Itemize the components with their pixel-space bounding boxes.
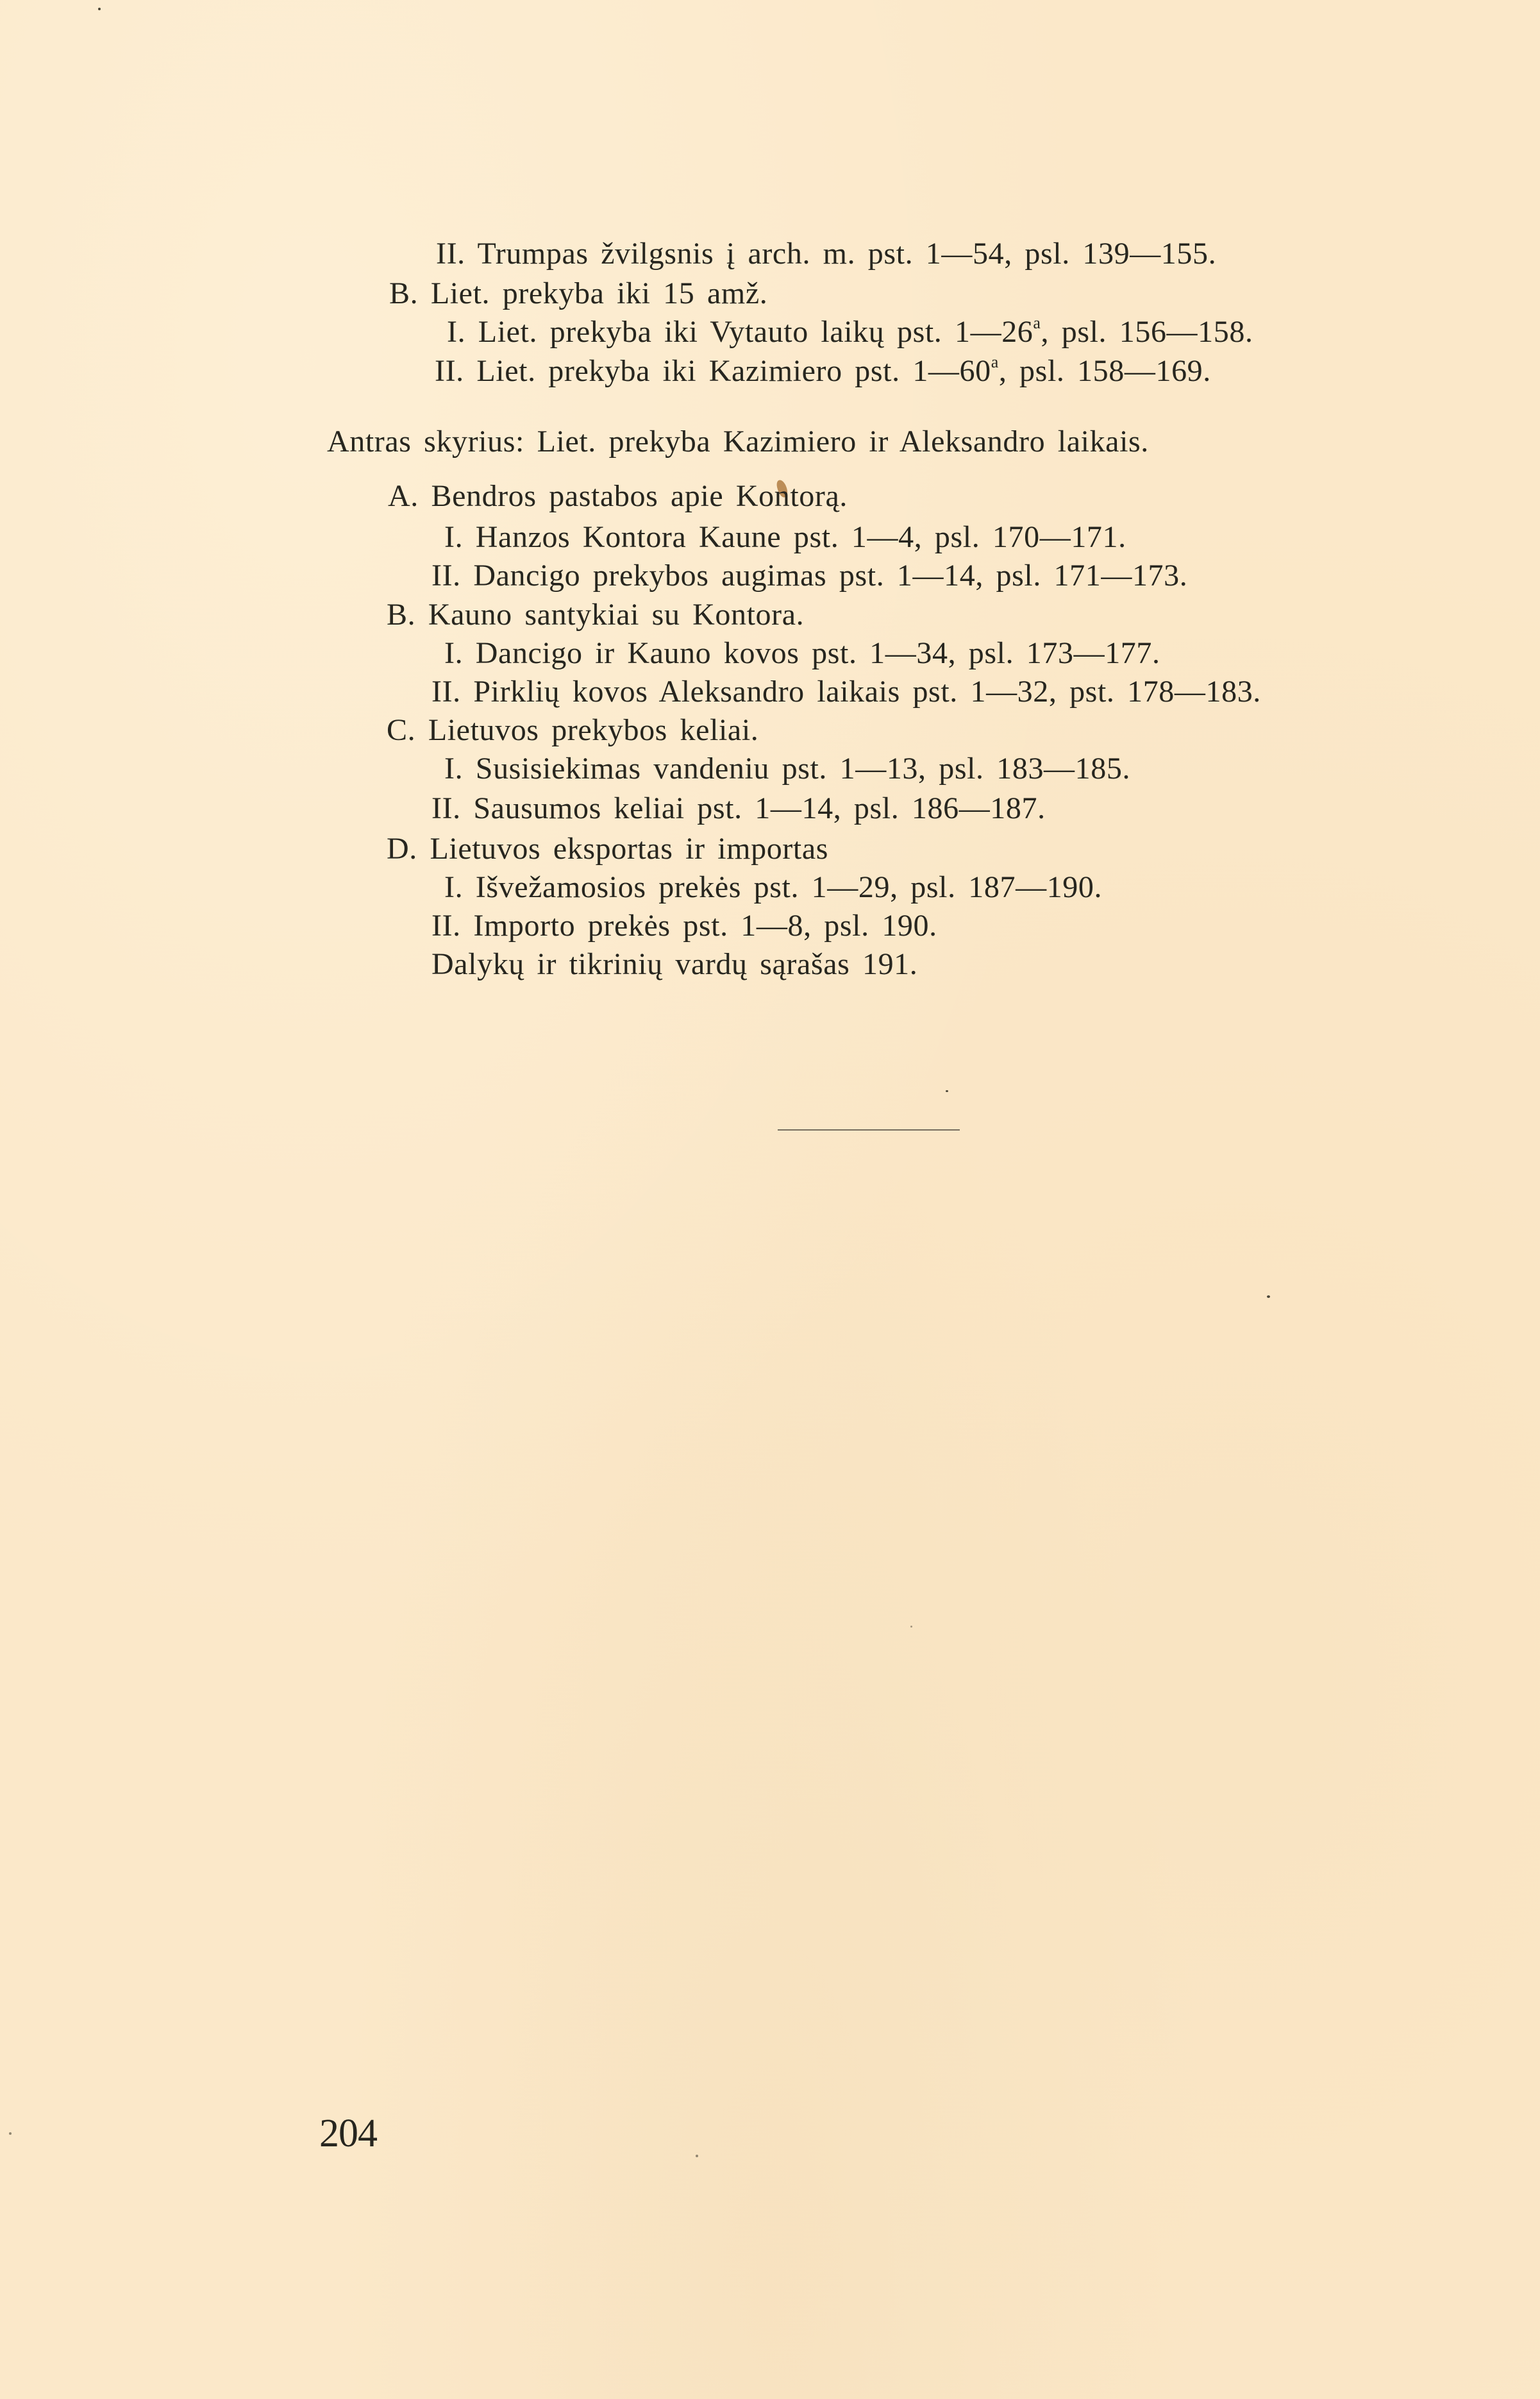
paper-speck (910, 1626, 912, 1628)
toc-entry-subsection: II. Pirklių kovos Aleksandro laikais pst… (431, 677, 1261, 707)
page-number: 204 (319, 2114, 377, 2153)
paper-speck (9, 2132, 12, 2135)
toc-entry-text: , psl. 158—169. (999, 354, 1211, 388)
toc-entry-subsection: II. Importo prekės pst. 1—8, psl. 190. (431, 911, 937, 941)
toc-entry-text: I. Liet. prekyba iki Vytauto laikų pst. … (447, 315, 1033, 349)
toc-entry-subsection: II. Dancigo prekybos augimas pst. 1—14, … (431, 560, 1187, 591)
toc-entry-subsection: II. Liet. prekyba iki Kazimiero pst. 1—6… (435, 356, 1211, 387)
paper-speck (98, 8, 101, 10)
superscript: a (991, 353, 999, 371)
toc-entry-section: B. Kauno santykiai su Kontora. (387, 600, 804, 630)
toc-entry-text: II. Liet. prekyba iki Kazimiero pst. 1—6… (435, 354, 991, 388)
toc-entry-subsection: I. Išvežamosios prekės pst. 1—29, psl. 1… (444, 872, 1102, 903)
section-divider (778, 1129, 960, 1131)
toc-entry-subsection: I. Dancigo ir Kauno kovos pst. 1—34, psl… (444, 638, 1160, 669)
toc-entry-text: , psl. 156—158. (1041, 315, 1253, 349)
toc-entry-section: B. Liet. prekyba iki 15 amž. (389, 278, 767, 309)
toc-entry-section: C. Lietuvos prekybos keliai. (387, 715, 758, 746)
toc-entry-subsection: II. Trumpas žvilgsnis į arch. m. pst. 1—… (436, 239, 1216, 269)
paper-speck (946, 1090, 948, 1092)
toc-entry-subsection: I. Hanzos Kontora Kaune pst. 1—4, psl. 1… (444, 522, 1126, 553)
superscript: a (1033, 314, 1041, 332)
toc-entry-subsection: II. Sausumos keliai pst. 1—14, psl. 186—… (431, 793, 1046, 824)
book-page: II. Trumpas žvilgsnis į arch. m. pst. 1—… (0, 0, 1540, 2399)
paper-speck (696, 2155, 698, 2157)
toc-entry-subsection: I. Susisiekimas vandeniu pst. 1—13, psl.… (444, 753, 1130, 784)
toc-entry-section: A. Bendros pastabos apie Kontorą. (388, 481, 848, 512)
toc-entry-section: D. Lietuvos eksportas ir importas (387, 834, 828, 864)
toc-entry-index: Dalykų ir tikrinių vardų sąrašas 191. (431, 949, 917, 980)
toc-entry-subsection: I. Liet. prekyba iki Vytauto laikų pst. … (447, 317, 1253, 348)
paper-speck (1267, 1295, 1270, 1298)
toc-chapter-heading: Antras skyrius: Liet. prekyba Kazimiero … (327, 426, 1149, 457)
